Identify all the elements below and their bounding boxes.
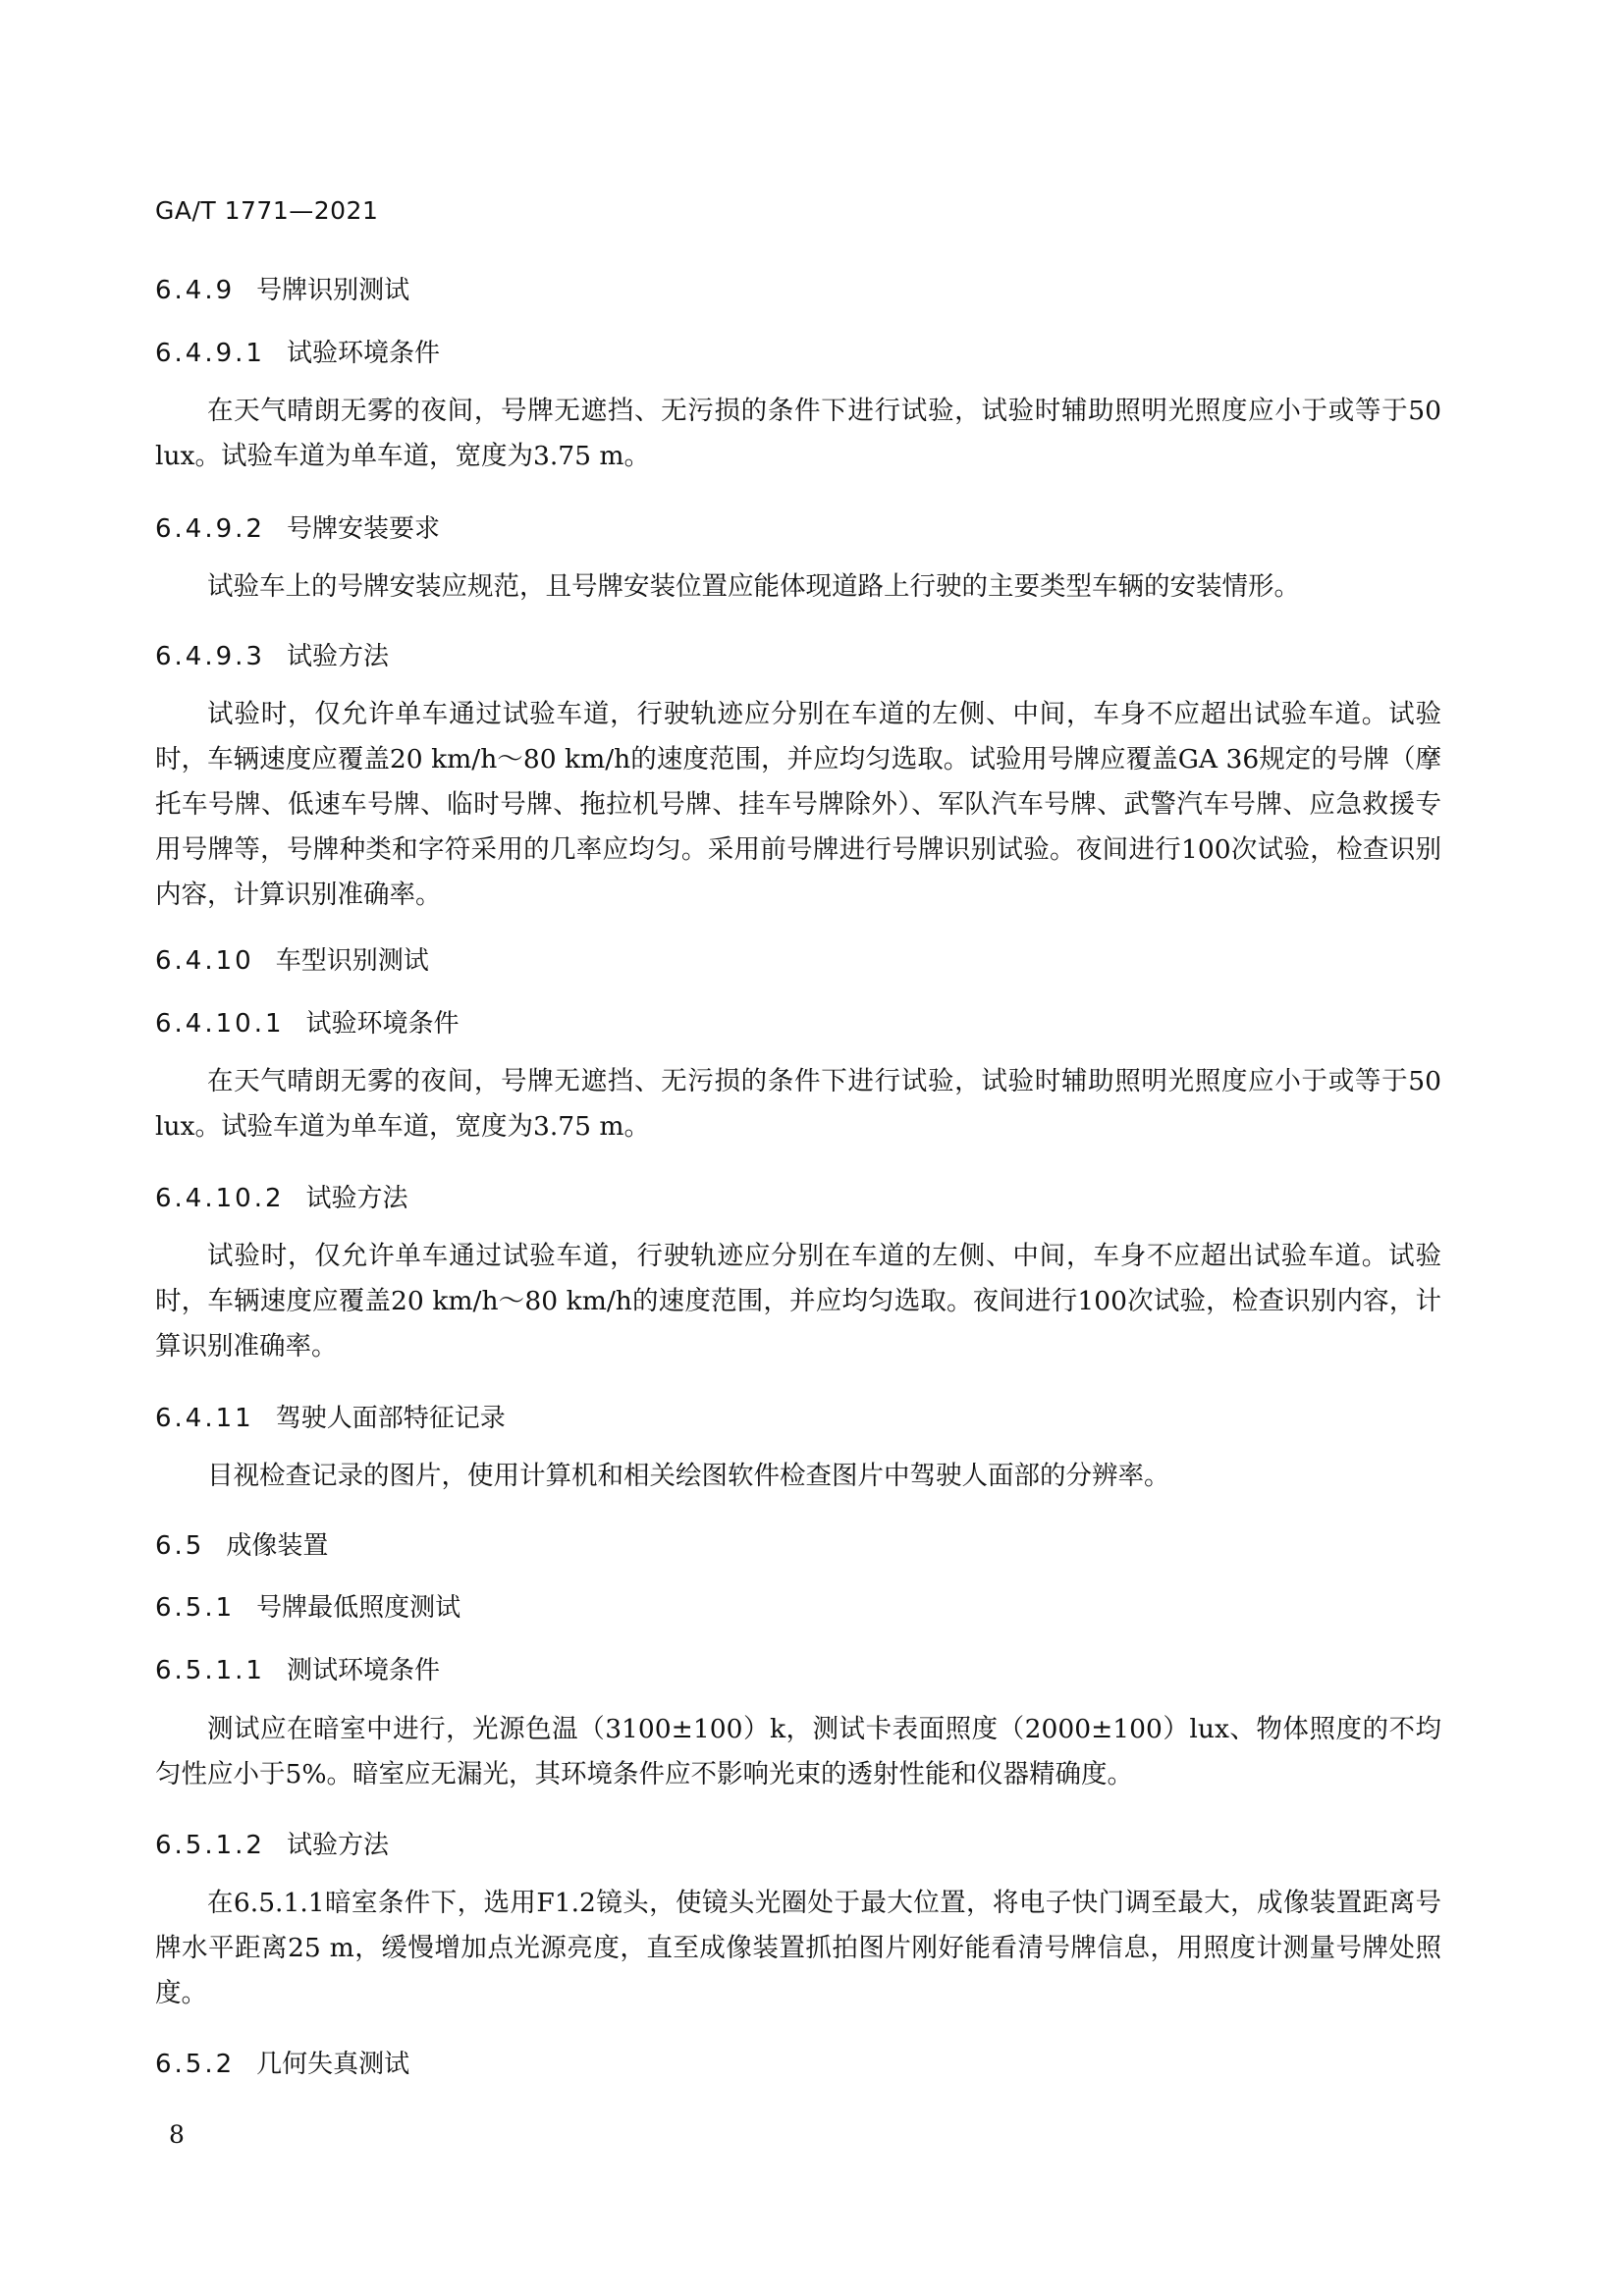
section-title: 试验方法 [287, 1831, 389, 1860]
section-title: 试验环境条件 [287, 339, 440, 368]
paragraph: 试验时，仅允许单车通过试验车道，行驶轨迹应分别在车道的左侧、中间，车身不应超出试… [155, 1234, 1441, 1369]
section-title: 驾驶人面部特征记录 [276, 1404, 506, 1433]
section-number: 6.4.10.1 [155, 1009, 285, 1039]
section-heading-6-5-2: 6.5.2几何失真测试 [155, 2044, 409, 2080]
section-number: 6.4.10.2 [155, 1184, 285, 1213]
section-heading-6-4-9-2: 6.4.9.2号牌安装要求 [155, 508, 440, 545]
section-heading-6-4-11: 6.4.11驾驶人面部特征记录 [155, 1398, 506, 1434]
section-heading-6-5-1-2: 6.5.1.2试验方法 [155, 1825, 389, 1861]
section-number: 6.4.9 [155, 276, 235, 305]
section-heading-6-4-9-1: 6.4.9.1试验环境条件 [155, 333, 440, 369]
section-number: 6.4.9.3 [155, 642, 265, 671]
section-title: 成像装置 [226, 1531, 328, 1561]
section-title: 号牌识别测试 [256, 276, 409, 305]
section-number: 6.5.1 [155, 1593, 235, 1623]
section-heading-6-5-1: 6.5.1号牌最低照度测试 [155, 1587, 460, 1624]
section-heading-6-4-10-2: 6.4.10.2试验方法 [155, 1178, 408, 1214]
section-heading-6-5: 6.5成像装置 [155, 1525, 328, 1562]
section-heading-6-4-10-1: 6.4.10.1试验环境条件 [155, 1003, 460, 1040]
section-title: 几何失真测试 [256, 2050, 409, 2079]
section-number: 6.5.1.2 [155, 1831, 265, 1860]
section-title: 测试环境条件 [287, 1656, 440, 1685]
standard-code-header: GA/T 1771—2021 [155, 196, 378, 225]
section-heading-6-5-1-1: 6.5.1.1测试环境条件 [155, 1650, 440, 1686]
paragraph: 目视检查记录的图片，使用计算机和相关绘图软件检查图片中驾驶人面部的分辨率。 [155, 1454, 1441, 1499]
paragraph: 试验车上的号牌安装应规范，且号牌安装位置应能体现道路上行驶的主要类型车辆的安装情… [155, 564, 1441, 610]
section-number: 6.4.11 [155, 1404, 254, 1433]
section-title: 试验方法 [287, 642, 389, 671]
page-number: 8 [169, 2120, 185, 2149]
section-title: 试验环境条件 [306, 1009, 460, 1039]
paragraph: 在6.5.1.1暗室条件下，选用F1.2镜头，使镜头光圈处于最大位置，将电子快门… [155, 1881, 1441, 2016]
section-number: 6.4.9.1 [155, 339, 265, 368]
section-title: 试验方法 [306, 1184, 408, 1213]
paragraph: 试验时，仅允许单车通过试验车道，行驶轨迹应分别在车道的左侧、中间，车身不应超出试… [155, 692, 1441, 918]
section-number: 6.4.9.2 [155, 514, 265, 544]
paragraph: 测试应在暗室中进行，光源色温（3100±100）k，测试卡表面照度（2000±1… [155, 1707, 1441, 1797]
section-heading-6-4-9-3: 6.4.9.3试验方法 [155, 636, 389, 672]
section-title: 号牌最低照度测试 [256, 1593, 460, 1623]
section-heading-6-4-9: 6.4.9号牌识别测试 [155, 270, 409, 306]
section-number: 6.4.10 [155, 946, 254, 976]
section-number: 6.5.1.1 [155, 1656, 265, 1685]
section-title: 号牌安装要求 [287, 514, 440, 544]
document-page: GA/T 1771—2021 6.4.9号牌识别测试 6.4.9.1试验环境条件… [0, 0, 1624, 2296]
section-number: 6.5 [155, 1531, 204, 1561]
section-heading-6-4-10: 6.4.10车型识别测试 [155, 940, 429, 977]
section-title: 车型识别测试 [276, 946, 429, 976]
section-number: 6.5.2 [155, 2050, 235, 2079]
paragraph: 在天气晴朗无雾的夜间，号牌无遮挡、无污损的条件下进行试验，试验时辅助照明光照度应… [155, 1059, 1441, 1149]
paragraph: 在天气晴朗无雾的夜间，号牌无遮挡、无污损的条件下进行试验，试验时辅助照明光照度应… [155, 389, 1441, 479]
